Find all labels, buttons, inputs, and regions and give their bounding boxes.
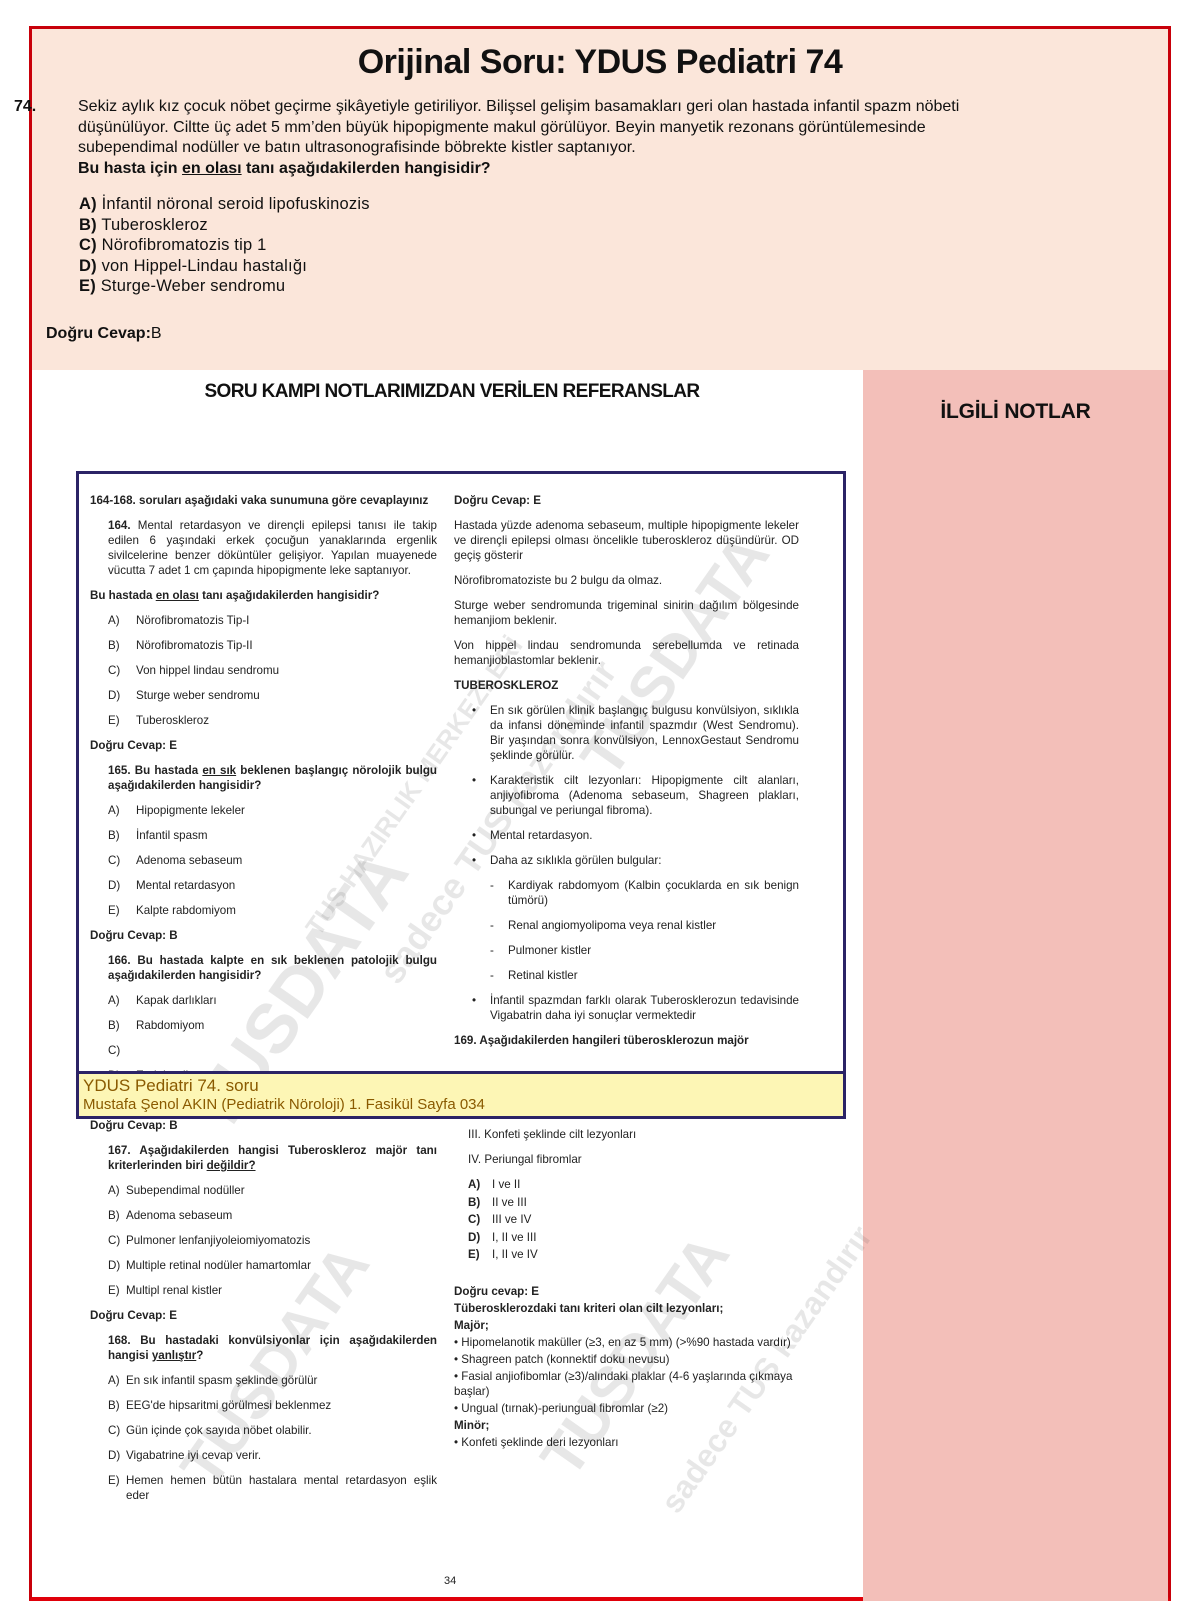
criteria-title: Tüberosklerozdaki tanı kriteri olan cilt… [454,1301,799,1316]
q165-option: A)Hipopigmente lekeler [108,803,437,818]
option-c: C) Nörofibromatozis tip 1 [79,235,370,256]
original-question-panel: Orijinal Soru: YDUS Pediatri 74 74.Sekiz… [32,29,1168,370]
bullet-item: •Mental retardasyon. [472,828,799,843]
q166-option: A)Kapak darlıkları [108,993,437,1008]
q166-option: B)Rabdomiyom [108,1018,437,1033]
bullet-item: •Karakteristik cilt lezyonları: Hipopigm… [472,773,799,818]
q168-option: D)Vigabatrine iyi cevap verir. [108,1448,437,1463]
q168-text: 168. Bu hastadaki konvülsiyonlar için aş… [90,1333,437,1363]
question-stem-line: subependimal nodüller ve batın ultrasono… [46,138,1136,159]
q165-text: 165. Bu hastada en sık beklenen başlangı… [90,763,437,793]
option-d: D) von Hippel-Lindau hastalığı [79,256,370,277]
question-body: 74.Sekiz aylık kız çocuk nöbet geçirme ş… [46,97,1136,179]
major-criterion: • Ungual (tırnak)-periungual fibromlar (… [454,1401,799,1416]
sub-bullet-item: -Pulmoner kistler [490,943,799,958]
page-number: 34 [444,1575,456,1587]
q165-answer: Doğru Cevap: B [90,928,437,943]
bullet-item: •İnfantil spazmdan farklı olarak Tuberos… [472,993,799,1023]
source-banner: YDUS Pediatri 74. soru Mustafa Şenol AKI… [76,1071,846,1119]
explanation-paragraph: Sturge weber sendromunda trigeminal sini… [454,598,799,628]
question-stem-line: düşünülüyor. Ciltte üç adet 5 mm’den büy… [46,118,1136,139]
q168-option: C)Gün içinde çok sayıda nöbet olabilir. [108,1423,437,1438]
q165-option: C)Adenoma sebaseum [108,853,437,868]
explanation-paragraph: Nörofibromatoziste bu 2 bulgu da olmaz. [454,573,799,588]
bullet-item: •Daha az sıklıkla görülen bulgular: [472,853,799,868]
major-criterion: • Fasial anjiofibomlar (≥3)/alındaki pla… [454,1369,799,1399]
q164-option: A)Nörofibromatozis Tip-I [108,613,437,628]
option-e: E) Sturge-Weber sendromu [79,276,370,297]
q167-text: 167. Aşağıdakilerden hangisi Tuberoskler… [90,1143,437,1173]
source-title: YDUS Pediatri 74. soru [83,1076,839,1096]
q169-option: E)I, II ve IV [468,1247,799,1262]
q164-option: E)Tuberoskleroz [108,713,437,728]
q164-option: B)Nörofibromatozis Tip-II [108,638,437,653]
references-title: SORU KAMPI NOTLARIMIZDAN VERİLEN REFERAN… [192,381,712,403]
question-stem-line: Sekiz aylık kız çocuk nöbet geçirme şikâ… [78,98,959,115]
major-criterion: • Shagreen patch (konnektif doku nevusu) [454,1352,799,1367]
q169-option: D)I, II ve III [468,1230,799,1245]
source-detail: Mustafa Şenol AKIN (Pediatrik Nöroloji) … [83,1096,839,1114]
page-frame: Orijinal Soru: YDUS Pediatri 74 74.Sekiz… [29,26,1171,1601]
explanation-paragraph: Hastada yüzde adenoma sebaseum, multiple… [454,518,799,563]
reference-right-column: Doğru Cevap: E Hastada yüzde adenoma seb… [454,493,799,1452]
answer-164-label: Doğru Cevap: E [454,493,799,508]
section-title: TUBEROSKLEROZ [454,678,799,693]
q165-option: D)Mental retardasyon [108,878,437,893]
q165-option: E)Kalpte rabdomiyom [108,903,437,918]
option-a: A) İnfantil nöronal seroid lipofuskinozi… [79,194,370,215]
notes-title: İLGİLİ NOTLAR [863,400,1168,424]
q164-option: D)Sturge weber sendromu [108,688,437,703]
sub-bullet-item: -Retinal kistler [490,968,799,983]
minor-criterion: • Konfeti şeklinde deri lezyonları [454,1435,799,1450]
q167-option: C)Pulmoner lenfanjiyoleiomiyomatozis [108,1233,437,1248]
q166-answer: Doğru Cevap: B [90,1118,437,1133]
q167-option: A)Subependimal nodüller [108,1183,437,1198]
question-options: A) İnfantil nöronal seroid lipofuskinozi… [79,194,370,297]
q168-option: E)Hemen hemen bütün hastalara mental ret… [108,1473,437,1503]
q168-option: A)En sık infantil spasm şeklinde görülür [108,1373,437,1388]
q169-item: IV. Periungal fibromlar [468,1152,799,1167]
page-title: Orijinal Soru: YDUS Pediatri 74 [32,43,1168,82]
q166-option: C) [108,1043,437,1058]
sub-bullet-item: -Kardiyak rabdomyom (Kalbin çocuklarda e… [490,878,799,908]
major-criterion: • Hipomelanotik maküller (≥3, en az 5 mm… [454,1335,799,1350]
q169-option: B)II ve III [468,1195,799,1210]
q169-item: III. Konfeti şeklinde cilt lezyonları [468,1127,799,1142]
reference-page-image: TUSDATA TUS HAZIRLIK MERKEZLERİ sadece T… [76,471,846,1601]
correct-answer: Doğru Cevap:B [46,325,162,343]
major-label: Majör; [454,1318,799,1333]
q164-ask: Bu hastada en olası tanı aşağıdakilerden… [90,588,437,603]
reference-left-column: 164-168. soruları aşağıdaki vaka sunumun… [90,493,437,1513]
q164-option: C)Von hippel lindau sendromu [108,663,437,678]
q167-option: D)Multiple retinal nodüler hamartomlar [108,1258,437,1273]
q164-text: 164. Mental retardasyon ve dirençli epil… [90,518,437,578]
sub-bullet-item: -Renal angiomyolipoma veya renal kistler [490,918,799,933]
q168-option: B)EEG'de hipsaritmi görülmesi beklenmez [108,1398,437,1413]
question-number: 74. [46,97,78,118]
q169-option: C)III ve IV [468,1212,799,1227]
q165-option: B)İnfantil spasm [108,828,437,843]
question-ask: Bu hasta için en olası tanı aşağıdakiler… [46,159,1136,180]
q167-answer: Doğru Cevap: E [90,1308,437,1323]
case-intro: 164-168. soruları aşağıdaki vaka sunumun… [90,493,437,508]
q169-answer: Doğru cevap: E [454,1284,799,1299]
q167-option: E)Multipl renal kistler [108,1283,437,1298]
bullet-item: •En sık görülen klinik başlangıç bulgusu… [472,703,799,763]
q164-answer: Doğru Cevap: E [90,738,437,753]
related-notes-panel: İLGİLİ NOTLAR [863,370,1168,1601]
q166-text: 166. Bu hastada kalpte en sık beklenen p… [90,953,437,983]
q169-text: 169. Aşağıdakilerden hangileri tüberoskl… [454,1033,799,1048]
minor-label: Minör; [454,1418,799,1433]
q167-option: B)Adenoma sebaseum [108,1208,437,1223]
option-b: B) Tuberoskleroz [79,215,370,236]
explanation-paragraph: Von hippel lindau sendromunda serebellum… [454,638,799,668]
q169-option: A)I ve II [468,1177,799,1192]
